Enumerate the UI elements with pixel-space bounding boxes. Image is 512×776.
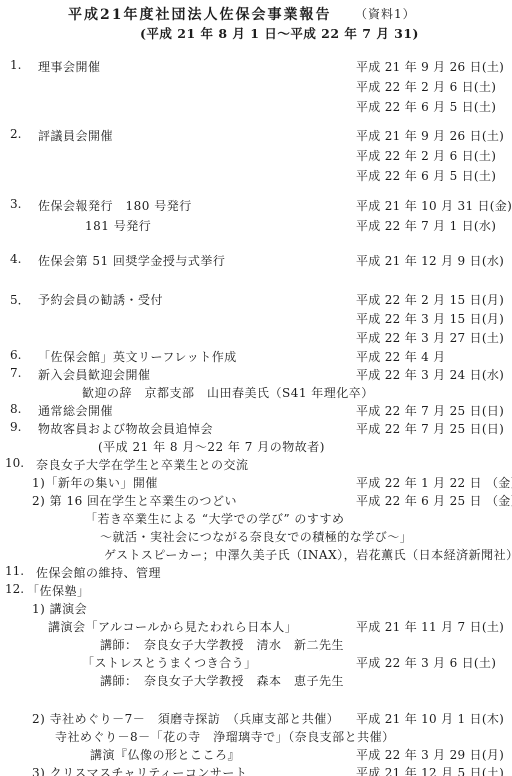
- report-line: 2) 寺社めぐり－7－ 須磨寺探訪 （兵庫支部と共催）平成 21 年 10 月 …: [0, 710, 512, 728]
- line-text: 通常総会開催: [38, 402, 113, 419]
- report-line: 9.物故客員および物故会員追悼会平成 22 年 7 月 25 日(日): [0, 420, 512, 438]
- line-date: 平成 21 年 12 月 5 日(土): [356, 764, 504, 776]
- line-date: 平成 22 年 7 月 25 日(日): [356, 420, 504, 437]
- section-gap: [0, 118, 512, 127]
- line-date: 平成 22 年 4 月: [356, 348, 445, 365]
- report-line: 講師： 奈良女子大学教授 森本 恵子先生: [0, 672, 512, 690]
- item-number: 3.: [10, 197, 21, 211]
- item-number: 1.: [10, 58, 21, 72]
- line-date: 平成 21 年 10 月 1 日(木): [356, 710, 504, 727]
- item-number: 8.: [10, 402, 21, 416]
- report-line: 8.通常総会開催平成 22 年 7 月 25 日(日): [0, 402, 512, 420]
- line-text: 歓迎の辞 京都支部 山田春美氏（S41 年理化卒）: [82, 384, 374, 401]
- line-text: 「若き卒業生による “大学での学び” のすすめ: [85, 510, 345, 527]
- section-gap: [0, 237, 512, 252]
- line-date: 平成 21 年 11 月 7 日(土): [356, 618, 504, 635]
- section-gap: [0, 690, 512, 710]
- line-date: 平成 22 年 1 月 22 日 （金）: [356, 474, 512, 491]
- report-line: 「ストレスとうまくつき合う」平成 22 年 3 月 6 日(土): [0, 654, 512, 672]
- line-text: 1)「新年の集い」開催: [32, 474, 158, 491]
- line-date: 平成 22 年 3 月 6 日(土): [356, 654, 496, 671]
- report-line: 平成 22 年 3 月 27 日(土): [0, 329, 512, 348]
- section-gap: [0, 187, 512, 197]
- line-text: 1) 講演会: [32, 600, 87, 617]
- report-line: 講師： 奈良女子大学教授 清水 新二先生: [0, 636, 512, 654]
- line-date: 平成 22 年 3 月 27 日(土): [356, 329, 504, 346]
- report-line: 講演会「アルコールから見たわれら日本人」平成 21 年 11 月 7 日(土): [0, 618, 512, 636]
- line-date: 平成 22 年 6 月 25 日 （金）: [356, 492, 512, 509]
- report-line: 講演『仏像の形とこころ』平成 22 年 3 月 29 日(月): [0, 746, 512, 764]
- line-date: 平成 22 年 2 月 15 日(月): [356, 291, 504, 308]
- line-text: ゲストスピーカー；中澤久美子氏（INAX），岩花薫氏（日本経済新聞社）: [104, 546, 512, 563]
- report-line: 181 号発行平成 22 年 7 月 1 日(水): [0, 217, 512, 237]
- report-annotation: （資料1）: [355, 5, 416, 22]
- line-text: 2) 寺社めぐり－7－ 須磨寺探訪 （兵庫支部と共催）: [32, 710, 339, 727]
- report-line: 3.佐保会報発行 180 号発行平成 21 年 10 月 31 日(金): [0, 197, 512, 217]
- report-period: (平成 21 年 8 月 1 日～平成 22 年 7 月 31): [140, 24, 512, 41]
- line-date: 平成 22 年 6 月 5 日(土): [356, 167, 496, 184]
- report-line: 平成 22 年 6 月 5 日(土): [0, 167, 512, 187]
- line-text: 181 号発行: [85, 217, 151, 234]
- line-date: 平成 22 年 3 月 24 日(水): [356, 366, 504, 383]
- line-text: 新入会員歓迎会開催: [38, 366, 151, 383]
- line-text: 講演会「アルコールから見たわれら日本人」: [48, 618, 297, 635]
- line-text: 物故客員および物故会員追悼会: [38, 420, 213, 437]
- report-line: 11.佐保会館の維持、管理: [0, 564, 512, 582]
- section-gap: [0, 272, 512, 291]
- report-line: 「若き卒業生による “大学での学び” のすすめ: [0, 510, 512, 528]
- document-page: 平成21年度社団法人佐保会事業報告 （資料1） (平成 21 年 8 月 1 日…: [0, 0, 512, 776]
- item-number: 9.: [10, 420, 21, 434]
- report-line: ～就活・実社会につながる奈良女での積極的な学び～」: [0, 528, 512, 546]
- line-text: ～就活・実社会につながる奈良女での積極的な学び～」: [100, 528, 412, 545]
- report-line: 3) クリスマスチャリティーコンサート平成 21 年 12 月 5 日(土): [0, 764, 512, 776]
- line-text: 佐保会館の維持、管理: [36, 564, 161, 581]
- line-date: 平成 22 年 7 月 25 日(日): [356, 402, 504, 419]
- report-line: 寺社めぐり－8－「花の寺 浄瑠璃寺で」（奈良支部と共催）: [0, 728, 512, 746]
- line-text: 講師： 奈良女子大学教授 森本 恵子先生: [100, 672, 344, 689]
- line-date: 平成 22 年 6 月 5 日(土): [356, 98, 496, 115]
- report-line: ゲストスピーカー；中澤久美子氏（INAX），岩花薫氏（日本経済新聞社）: [0, 546, 512, 564]
- item-number: 6.: [10, 348, 21, 362]
- line-date: 平成 21 年 9 月 26 日(土): [356, 127, 504, 144]
- line-text: 評議員会開催: [38, 127, 113, 144]
- report-line: 歓迎の辞 京都支部 山田春美氏（S41 年理化卒）: [0, 384, 512, 402]
- line-date: 平成 22 年 7 月 1 日(水): [356, 217, 496, 234]
- report-line: 平成 22 年 2 月 6 日(土): [0, 78, 512, 98]
- line-text: 「ストレスとうまくつき合う」: [82, 654, 257, 671]
- line-date: 平成 22 年 3 月 15 日(月): [356, 310, 504, 327]
- report-line: 2.評議員会開催平成 21 年 9 月 26 日(土): [0, 127, 512, 147]
- line-date: 平成 21 年 10 月 31 日(金): [356, 197, 512, 214]
- report-line: 12.「佐保塾」: [0, 582, 512, 600]
- item-number: 5．: [10, 291, 30, 308]
- report-line: 1)「新年の集い」開催平成 22 年 1 月 22 日 （金）: [0, 474, 512, 492]
- line-text: 予約会員の勧誘・受付: [38, 291, 163, 308]
- line-text: 2) 第 16 回在学生と卒業生のつどい: [32, 492, 237, 509]
- report-line: 5．予約会員の勧誘・受付平成 22 年 2 月 15 日(月): [0, 291, 512, 310]
- line-text: 寺社めぐり－8－「花の寺 浄瑠璃寺で」（奈良支部と共催）: [55, 728, 395, 745]
- line-date: 平成 21 年 12 月 9 日(水): [356, 252, 504, 269]
- line-text: 「佐保会館」英文リーフレット作成: [38, 348, 237, 365]
- report-line: 平成 22 年 6 月 5 日(土): [0, 98, 512, 118]
- report-line: 1) 講演会: [0, 600, 512, 618]
- report-line: 6.「佐保会館」英文リーフレット作成平成 22 年 4 月: [0, 348, 512, 366]
- line-text: 理事会開催: [38, 58, 101, 75]
- line-text: 「佐保塾」: [27, 582, 90, 599]
- line-text: 3) クリスマスチャリティーコンサート: [32, 764, 247, 776]
- report-header: 平成21年度社団法人佐保会事業報告 （資料1）: [0, 4, 512, 24]
- line-date: 平成 21 年 9 月 26 日(土): [356, 58, 504, 75]
- report-line: 平成 22 年 2 月 6 日(土): [0, 147, 512, 167]
- line-date: 平成 22 年 2 月 6 日(土): [356, 78, 496, 95]
- line-text: (平成 21 年 8 月～22 年 7 月の物故者): [98, 438, 325, 455]
- item-number: 12.: [5, 582, 24, 596]
- line-text: 佐保会第 51 回奨学金授与式挙行: [38, 252, 225, 269]
- report-line: 7.新入会員歓迎会開催平成 22 年 3 月 24 日(水): [0, 366, 512, 384]
- line-text: 講師： 奈良女子大学教授 清水 新二先生: [100, 636, 344, 653]
- line-text: 佐保会報発行 180 号発行: [38, 197, 192, 214]
- item-number: 7.: [10, 366, 21, 380]
- line-date: 平成 22 年 2 月 6 日(土): [356, 147, 496, 164]
- item-number: 2.: [10, 127, 21, 141]
- item-number: 4.: [10, 252, 21, 266]
- report-line: 平成 22 年 3 月 15 日(月): [0, 310, 512, 329]
- report-line: (平成 21 年 8 月～22 年 7 月の物故者): [0, 438, 512, 456]
- item-number: 11.: [5, 564, 24, 578]
- item-number: 10.: [5, 456, 24, 470]
- document-body: 1.理事会開催平成 21 年 9 月 26 日(土)平成 22 年 2 月 6 …: [0, 58, 512, 776]
- report-line: 10.奈良女子大学在学生と卒業生との交流: [0, 456, 512, 474]
- report-line: 2) 第 16 回在学生と卒業生のつどい平成 22 年 6 月 25 日 （金）: [0, 492, 512, 510]
- line-date: 平成 22 年 3 月 29 日(月): [356, 746, 504, 763]
- report-line: 4.佐保会第 51 回奨学金授与式挙行平成 21 年 12 月 9 日(水): [0, 252, 512, 272]
- report-line: 1.理事会開催平成 21 年 9 月 26 日(土): [0, 58, 512, 78]
- line-text: 講演『仏像の形とこころ』: [90, 746, 240, 763]
- report-title: 平成21年度社団法人佐保会事業報告: [68, 4, 331, 24]
- line-text: 奈良女子大学在学生と卒業生との交流: [36, 456, 249, 473]
